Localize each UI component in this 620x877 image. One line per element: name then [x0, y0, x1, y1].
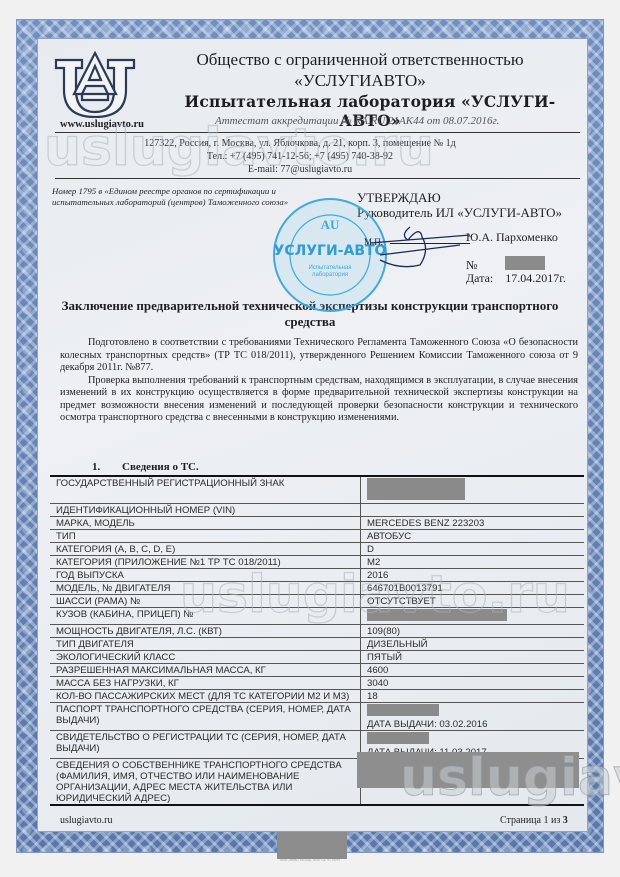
field-label: Паспорт транспортного средства (серия, н… — [50, 703, 361, 730]
table-row: ТипАВТОБУС — [50, 530, 584, 543]
document-body: Подготовлено в соответствии с требования… — [60, 337, 578, 425]
org-name: «УСЛУГИАВТО» — [160, 71, 560, 91]
field-label: Год выпуска — [50, 569, 361, 581]
section-number: 1. — [92, 461, 122, 473]
table-row: Мощность двигателя, л.с. (кВт)109(80) — [50, 625, 584, 638]
field-value-text: 109(80) — [367, 626, 580, 637]
footer-site: uslugiavto.ru — [60, 815, 113, 826]
header-divider-top — [55, 132, 580, 133]
au-monogram-logo-icon — [52, 50, 138, 118]
approval-date: Дата: 17.04.2017г. — [466, 271, 566, 286]
field-value-text: ДИЗЕЛЬНЫЙ — [367, 639, 580, 650]
field-value: ДИЗЕЛЬНЫЙ — [361, 638, 584, 650]
redacted-value — [367, 609, 507, 621]
org-line-1: Общество с ограниченной ответственностью — [160, 50, 560, 70]
table-row: Категория (Приложение №1 ТР ТС 018/2011)… — [50, 556, 584, 569]
field-value-text: ПЯТЫЙ — [367, 652, 580, 663]
field-value-text: ОТСУТСТВУЕТ — [367, 596, 580, 607]
field-label: Сведения о собственнике транспортного ср… — [50, 759, 361, 804]
accreditation-certificate: Аттестат аккредитации № RA.RU.21AK44 от … — [215, 115, 499, 127]
date-value: 17.04.2017г. — [505, 271, 566, 285]
svg-text:Испытательная: Испытательная — [308, 265, 351, 271]
table-row: Кол-во пассажирских мест (для ТС категор… — [50, 690, 584, 703]
table-row: Экологический классПЯТЫЙ — [50, 651, 584, 664]
field-value: 2016 — [361, 569, 584, 581]
table-row: Масса без нагрузки, кг3040 — [50, 677, 584, 690]
field-value: D — [361, 543, 584, 555]
field-value — [361, 608, 584, 624]
field-label: Разрешенная максимальная масса, кг — [50, 664, 361, 676]
field-label: Кузов (кабина, прицеп) № — [50, 608, 361, 624]
field-value — [361, 477, 584, 503]
field-value: M2 — [361, 556, 584, 568]
section-title: Сведения о ТС. — [122, 461, 199, 473]
field-value: 18 — [361, 690, 584, 702]
table-row: Модель, № двигателя646701В0013791 — [50, 582, 584, 595]
field-value: 3040 — [361, 677, 584, 689]
redacted-owner-block — [357, 752, 579, 788]
field-value-text: 2016 — [367, 570, 580, 581]
phones: Тел.: +7 (495) 741-12-56; +7 (495) 740-3… — [20, 151, 580, 162]
field-label: Категория (Приложение №1 ТР ТС 018/2011) — [50, 556, 361, 568]
table-row: Год выпуска2016 — [50, 569, 584, 582]
field-label: Идентификационный номер (VIN) — [50, 504, 361, 516]
field-value-text: 4600 — [367, 665, 580, 676]
redacted-value — [367, 478, 465, 500]
field-label: Тип двигателя — [50, 638, 361, 650]
field-value-text: АВТОБУС — [367, 531, 580, 542]
paragraph-regulation: Подготовлено в соответствии с требования… — [60, 337, 578, 375]
field-value-text: 646701В0013791 — [367, 583, 580, 594]
printer-note: ООО «ВИК» Москва, 2016 зак. № 13272 — [265, 858, 355, 862]
field-value: 109(80) — [361, 625, 584, 637]
field-label: Государственный регистрационный знак — [50, 477, 361, 503]
field-label: Шасси (рама) № — [50, 595, 361, 607]
field-value-text: 3040 — [367, 678, 580, 689]
field-value-text: D — [367, 544, 580, 555]
field-label: Категория (A, B, C, D, E) — [50, 543, 361, 555]
table-row: Марка, модельMERCEDES BENZ 223203 — [50, 517, 584, 530]
section-heading: 1.Сведения о ТС. — [92, 461, 199, 473]
field-label: Марка, модель — [50, 517, 361, 529]
handwritten-signature-icon — [360, 215, 480, 275]
field-value: АВТОБУС — [361, 530, 584, 542]
field-value: ОТСУТСТВУЕТ — [361, 595, 584, 607]
address: 127322, Россия, г. Москва, ул. Яблочкова… — [20, 138, 580, 149]
header-divider-bottom — [55, 178, 580, 179]
field-label: Тип — [50, 530, 361, 542]
table-row: Государственный регистрационный знак — [50, 477, 584, 504]
svg-text:AU: AU — [321, 217, 340, 232]
svg-text:лаборатория: лаборатория — [312, 272, 348, 278]
paragraph-inspection: Проверка выполнения требований к транспо… — [60, 375, 578, 425]
table-row: Паспорт транспортного средства (серия, н… — [50, 703, 584, 731]
field-value: ПЯТЫЙ — [361, 651, 584, 663]
table-row: Разрешенная максимальная масса, кг4600 — [50, 664, 584, 677]
field-value-text: M2 — [367, 557, 580, 568]
redacted-serial — [277, 832, 347, 859]
field-value: MERCEDES BENZ 223203 — [361, 517, 584, 529]
redacted-value — [367, 732, 429, 744]
table-row: Кузов (кабина, прицеп) № — [50, 608, 584, 625]
field-value-text: ДАТА ВЫДАЧИ: 03.02.2016 — [367, 719, 580, 730]
page-indicator: Страница 1 из 3 — [500, 815, 568, 826]
field-value-text: MERCEDES BENZ 223203 — [367, 518, 580, 529]
redacted-value — [367, 704, 439, 716]
table-row: Идентификационный номер (VIN) — [50, 504, 584, 517]
field-label: Свидетельство о регистрации ТС (серия, н… — [50, 731, 361, 758]
field-label: Кол-во пассажирских мест (для ТС категор… — [50, 690, 361, 702]
redacted-number — [505, 256, 545, 270]
field-label: Масса без нагрузки, кг — [50, 677, 361, 689]
page-prefix: Страница 1 из — [500, 815, 563, 826]
website-url: www.uslugiavto.ru — [60, 119, 144, 130]
field-value — [361, 504, 584, 516]
field-value-text: 18 — [367, 691, 580, 702]
field-value: ДАТА ВЫДАЧИ: 03.02.2016 — [361, 703, 584, 730]
table-row: Шасси (рама) №ОТСУТСТВУЕТ — [50, 595, 584, 608]
page-total: 3 — [563, 815, 568, 826]
table-row: Категория (A, B, C, D, E)D — [50, 543, 584, 556]
field-label: Модель, № двигателя — [50, 582, 361, 594]
email: E-mail: 77@uslugiavto.ru — [20, 164, 580, 175]
field-value: 646701В0013791 — [361, 582, 584, 594]
table-row: Тип двигателяДИЗЕЛЬНЫЙ — [50, 638, 584, 651]
field-value: 4600 — [361, 664, 584, 676]
field-label: Мощность двигателя, л.с. (кВт) — [50, 625, 361, 637]
field-label: Экологический класс — [50, 651, 361, 663]
